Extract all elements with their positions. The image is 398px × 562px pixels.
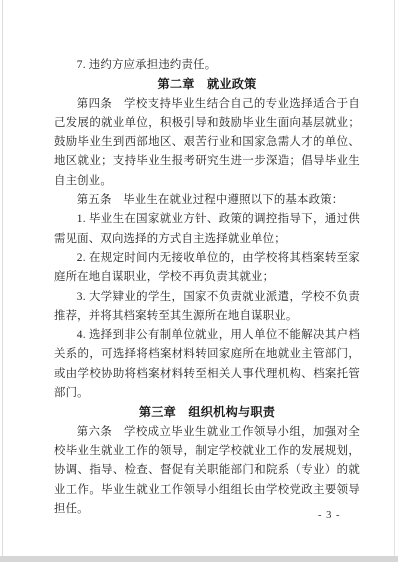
- paragraph-article-4: 第四条 学校支持毕业生结合自己的专业选择适合于自己发展的就业单位，积极引导和鼓励…: [54, 95, 360, 191]
- paragraph-article-6: 第六条 学校成立毕业生就业工作领导小组，加强对全校毕业生就业工作的领导，制定学校…: [54, 423, 360, 519]
- chapter-heading-3: 第三章 组织机构与职责: [54, 403, 360, 422]
- paragraph-policy-item-3: 3. 大学肄业的学生，国家不负责就业派遣，学校不负责推荐，并将其档案转至其生源所…: [54, 288, 360, 327]
- document-page: 7. 违约方应承担违约责任。 第二章 就业政策 第四条 学校支持毕业生结合自己的…: [0, 0, 398, 556]
- page-bottom-edge: [0, 556, 398, 562]
- paragraph-policy-item-4: 4. 选择到非公有制单位就业，用人单位不能解决其户档关系的，可选择将档案材料转回…: [54, 326, 360, 403]
- paragraph-policy-item-2: 2. 在规定时间内无接收单位的，由学校将其档案转至家庭所在地自谋职业，学校不再负…: [54, 249, 360, 288]
- page-left-edge-line: [2, 0, 3, 556]
- page-number: - 3 -: [318, 510, 341, 521]
- paragraph-policy-item-1: 1. 毕业生在国家就业方针、政策的调控指导下，通过供需见面、双向选择的方式自主选…: [54, 210, 360, 249]
- paragraph-clause-7: 7. 违约方应承担违约责任。: [54, 56, 360, 75]
- paragraph-article-5: 第五条 毕业生在就业过程中遵照以下的基本政策：: [54, 191, 360, 210]
- document-body: 7. 违约方应承担违约责任。 第二章 就业政策 第四条 学校支持毕业生结合自己的…: [54, 56, 360, 519]
- chapter-heading-2: 第二章 就业政策: [54, 75, 360, 94]
- page-right-edge-line: [394, 0, 395, 556]
